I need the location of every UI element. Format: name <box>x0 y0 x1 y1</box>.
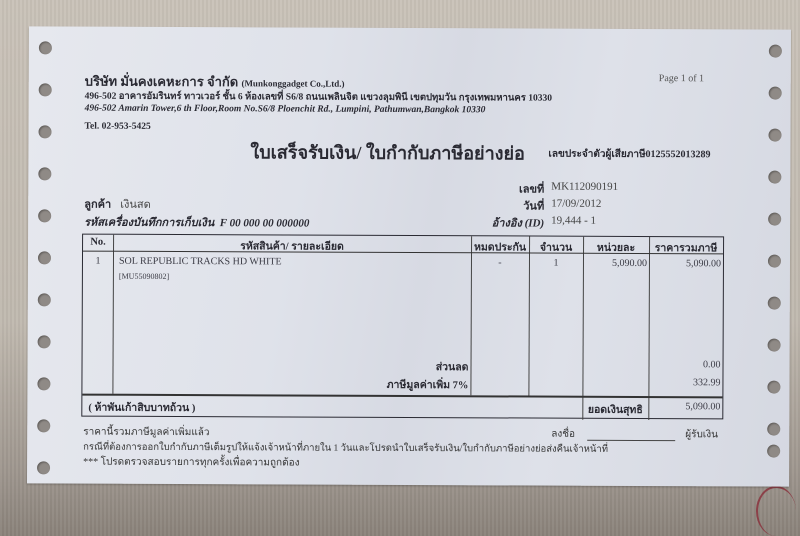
header-unit-price: หน่วยละ <box>583 239 649 256</box>
company-tel: Tel. 02-953-5425 <box>85 122 151 132</box>
signature-label: ลงชื่อ <box>551 427 575 442</box>
feed-hole-icon <box>37 461 50 474</box>
feed-hole-icon <box>38 335 51 348</box>
feed-hole-icon <box>767 381 780 394</box>
amount-in-words: ( ห้าพันเก้าสิบบาทถ้วน ) <box>88 399 195 416</box>
feed-hole-icon <box>39 41 52 54</box>
header-no: No. <box>83 237 113 248</box>
feed-hole-icon <box>767 445 780 458</box>
feed-hole-icon <box>39 125 52 138</box>
customer-label: ลูกค้า <box>84 195 111 213</box>
feed-hole-icon <box>38 167 51 180</box>
receipt-number: MK112090191 <box>551 181 618 193</box>
feed-hole-icon <box>768 171 781 184</box>
reference-value: 19,444 - 1 <box>551 215 596 227</box>
receipt-paper: บริษัท มั่นคงเคหะการ จำกัด (Munkonggadge… <box>27 26 791 486</box>
discount-label: ส่วนลด <box>282 357 468 375</box>
feed-hole-icon <box>38 209 51 222</box>
page-indicator: Page 1 of 1 <box>659 73 704 84</box>
totals-divider <box>82 394 722 398</box>
header-warranty: หมดประกัน <box>471 238 529 255</box>
discount-value: 0.00 <box>649 359 721 370</box>
feed-hole-icon <box>38 293 51 306</box>
tax-id-label: เลขประจำตัวผู้เสียภาษี <box>548 149 645 160</box>
company-name-en: (Munkonggadget Co.,Ltd.) <box>241 78 344 88</box>
feed-hole-icon <box>37 377 50 390</box>
feed-hole-icon <box>37 419 50 432</box>
header-amount: ราคารวมภาษี <box>649 239 723 256</box>
receiver-label: ผู้รับเงิน <box>685 427 718 442</box>
feed-hole-icon <box>769 129 782 142</box>
feed-hole-icon <box>767 423 780 436</box>
net-total-value: 5,090.00 <box>648 401 720 412</box>
customer-value: เงินสด <box>120 195 151 213</box>
tax-id-value: 0125552013289 <box>646 149 711 160</box>
feed-hole-icon <box>38 251 51 264</box>
header-qty: จำนวน <box>529 239 583 256</box>
row-amount: 5,090.00 <box>649 258 721 269</box>
row-description: SOL REPUBLIC TRACKS HD WHITE <box>119 256 282 268</box>
net-total-label: ยอดเงินสุทธิ <box>582 401 648 418</box>
cash-register-label: รหัสเครื่องบันทึกการเก็บเงิน <box>84 217 214 230</box>
date-value: 17/09/2012 <box>551 198 601 210</box>
row-warranty: - <box>471 257 529 268</box>
row-unit-price: 5,090.00 <box>583 258 647 269</box>
company-address-en: 496-502 Amarin Tower,6 th Floor,Room No.… <box>85 104 486 116</box>
cash-register-value: F 00 000 00 000000 <box>220 217 310 229</box>
date-label: วันที่ <box>474 196 544 214</box>
cash-register-id: รหัสเครื่องบันทึกการเก็บเงิน F 00 000 00… <box>84 213 309 232</box>
feed-hole-icon <box>768 255 781 268</box>
feed-hole-icon <box>768 213 781 226</box>
tax-id: เลขประจำตัวผู้เสียภาษี0125552013289 <box>548 147 710 163</box>
row-no: 1 <box>83 256 113 267</box>
company-name-th: บริษัท มั่นคงเคหะการ จำกัด <box>85 74 239 90</box>
row-qty: 1 <box>529 258 583 269</box>
vat-label: ภาษีมูลค่าเพิ่ม 7% <box>282 375 468 393</box>
document-title: ใบเสร็จรับเงิน/ ใบกำกับภาษีอย่างย่อ <box>250 137 525 167</box>
header-description: รหัสสินค้า/ รายละเอียด <box>113 237 471 256</box>
feed-hole-icon <box>769 87 782 100</box>
receipt-number-label: เลขที่ <box>474 179 544 197</box>
feed-hole-icon <box>768 339 781 352</box>
fabric-stitch-pattern <box>756 486 796 536</box>
feed-hole-icon <box>769 45 782 58</box>
check-note: *** โปรดตรวจสอบรายการทุกครั้งเพื่อความถู… <box>83 455 299 471</box>
items-table: No. รหัสสินค้า/ รายละเอียด หมดประกัน จำน… <box>81 234 724 420</box>
row-product-code: [MU55090802] <box>119 272 169 281</box>
feed-hole-icon <box>39 83 52 96</box>
feed-hole-icon <box>768 297 781 310</box>
vat-included-note: ราคานี้รวมภาษีมูลค่าเพิ่มแล้ว <box>83 425 209 441</box>
vat-value: 332.99 <box>648 377 720 388</box>
reference-label: อ้างอิง (ID) <box>474 213 544 231</box>
